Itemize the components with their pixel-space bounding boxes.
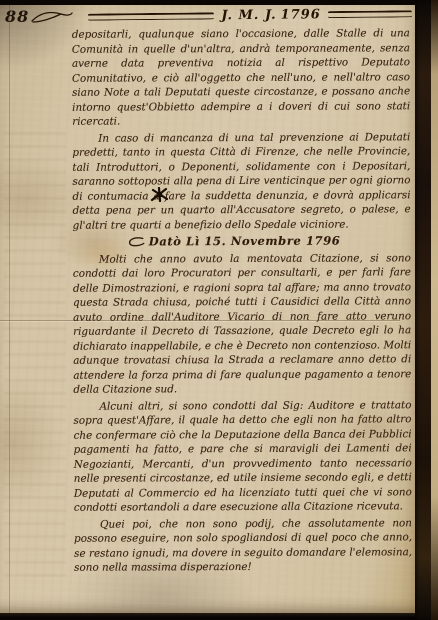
vertical-crease — [9, 4, 10, 613]
paragraph-auditore: Alcuni altri, si sono condotti dal Sig: … — [73, 398, 412, 515]
date-flourish-icon — [127, 236, 145, 248]
date-text: Datò Lì 15. Novembre 1796 — [149, 234, 341, 249]
head-year: 1796 — [281, 7, 321, 22]
manuscript-text: depositarli, qualunque siano l'occasione… — [72, 26, 412, 577]
head-rule-left — [88, 12, 214, 20]
adjacent-page-edge — [431, 0, 438, 620]
paragraph-penalty: In caso di mancanza di una tal prevenzio… — [72, 130, 410, 233]
head-rule-right — [328, 10, 412, 18]
date-line: Datò Lì 15. Novembre 1796 — [127, 233, 411, 249]
scan-border-bottom — [0, 613, 438, 620]
page-number: 88 — [5, 7, 29, 26]
folio-number: 88 — [5, 7, 73, 26]
ink-bleed-through — [4, 124, 66, 583]
ink-blot — [150, 187, 170, 203]
manuscript-scan: 88 J. M. J.1796 depositarli, qualunque s… — [0, 0, 438, 620]
pen-flourish-icon — [31, 10, 73, 24]
head-motto: J. M. J. — [221, 8, 276, 24]
paragraph-citazione: Molti che anno avuto la mentovata Citazi… — [73, 251, 412, 397]
head-title: J. M. J.1796 — [221, 7, 321, 23]
paragraph-closing: Quei poi, che non sono podij, che assolu… — [74, 516, 412, 575]
paragraph-continuation: depositarli, qualunque siano l'occasione… — [72, 26, 410, 129]
scan-border-top — [0, 0, 438, 5]
book-fore-edge — [415, 0, 432, 620]
